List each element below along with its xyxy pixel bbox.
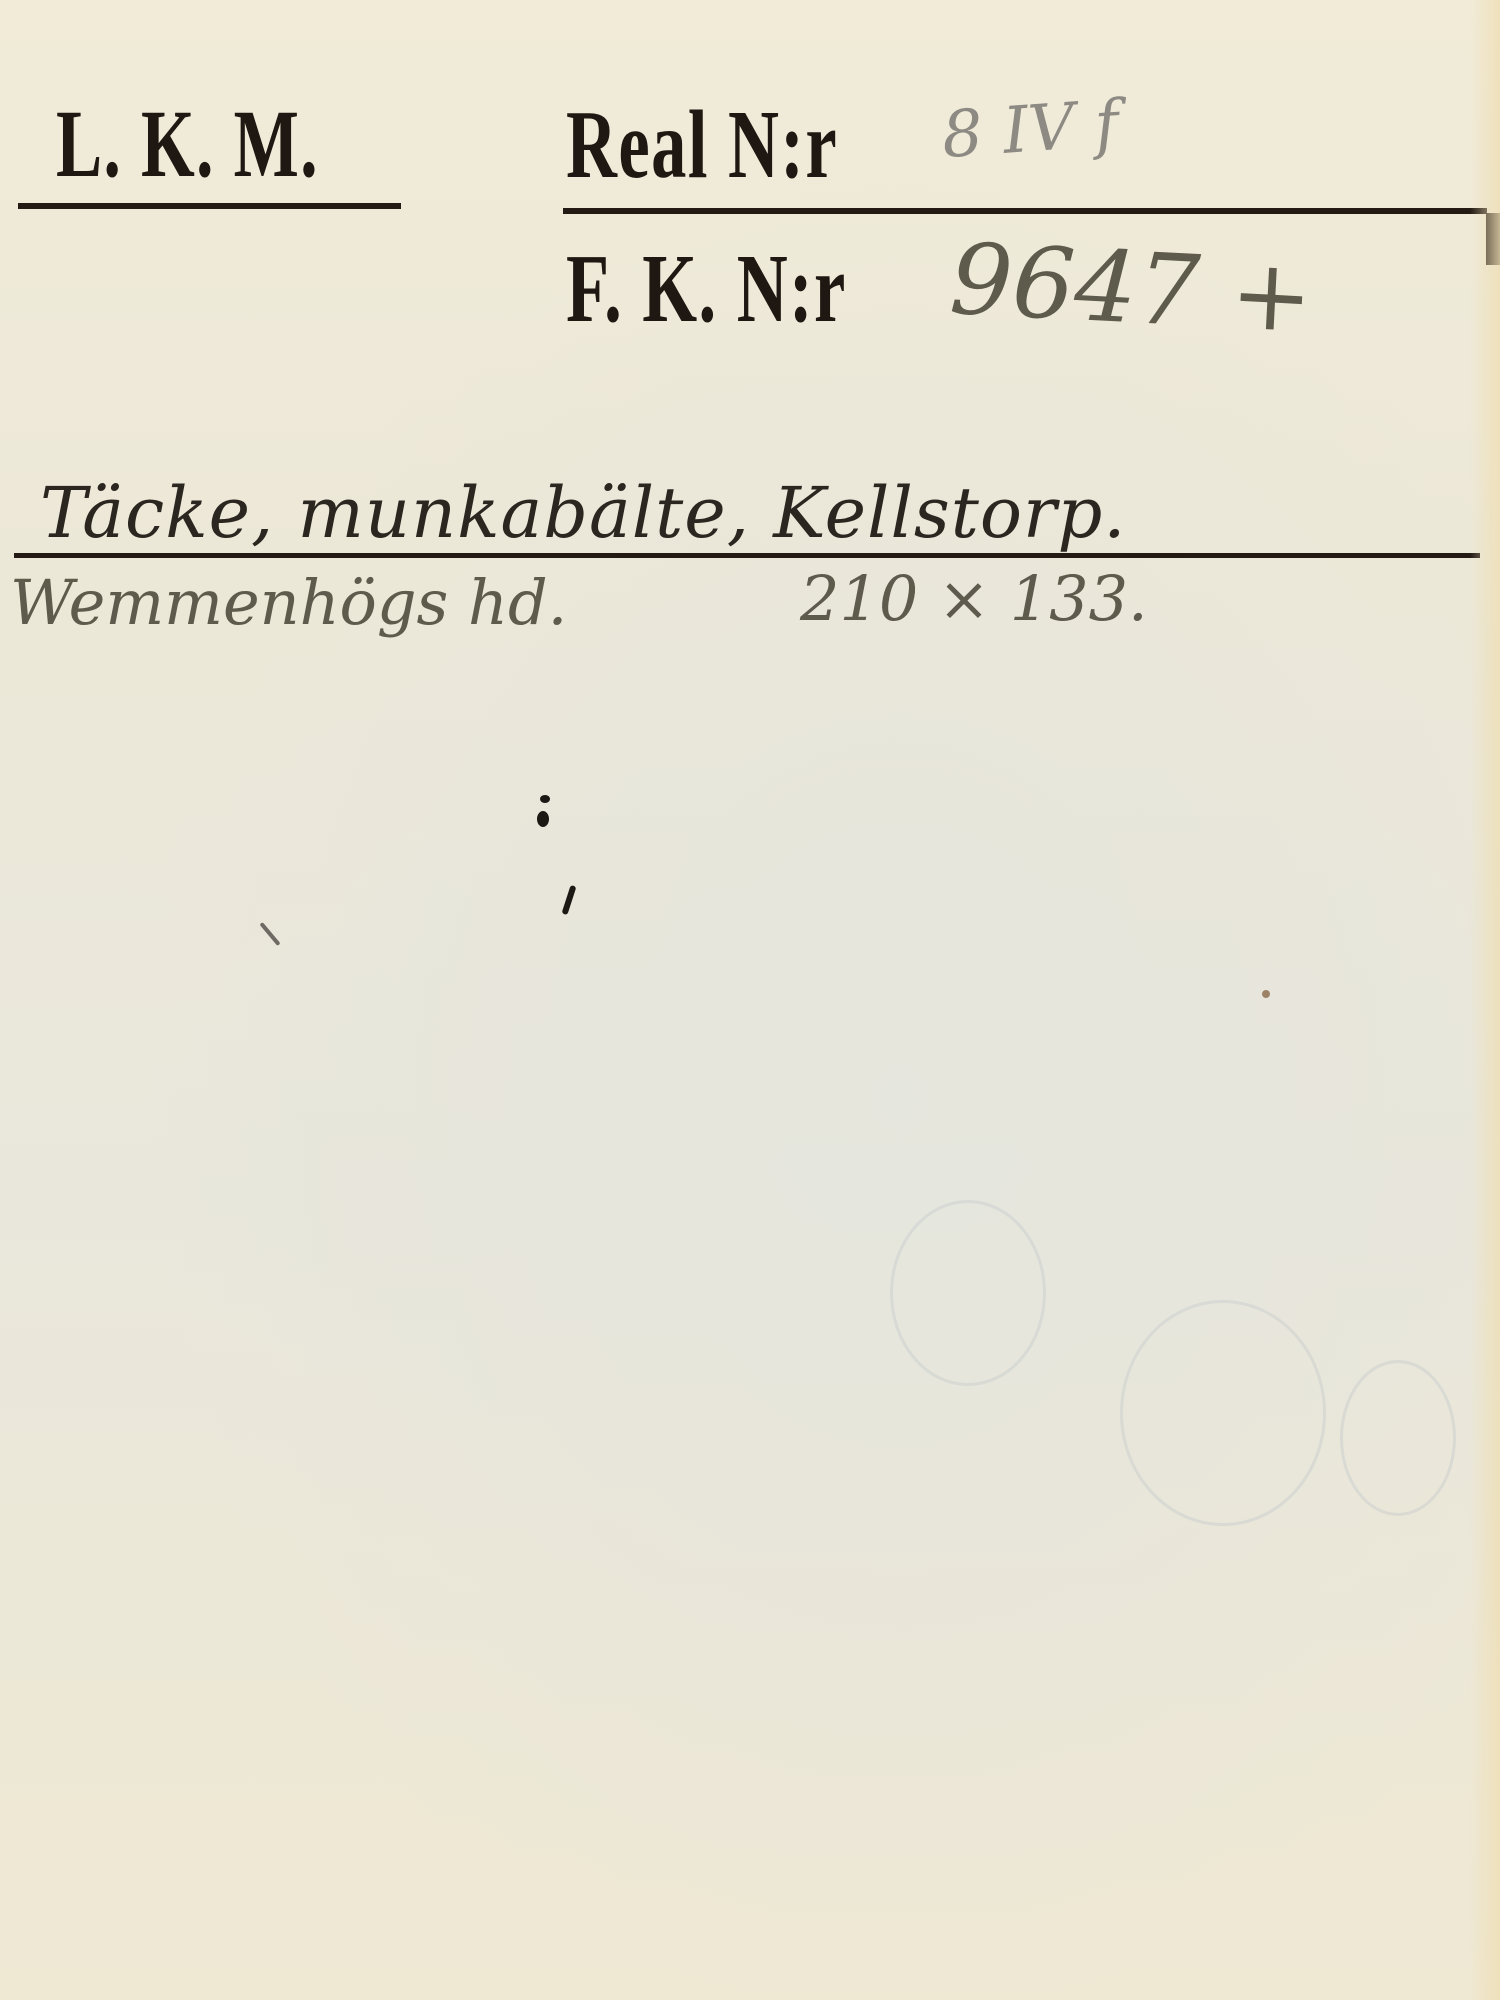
catalog-card: L. K. M. Real N:r 8 IV f F. K. N:r 9647 … [0,0,1500,2000]
real-nr-label: Real N:r [566,96,838,194]
bleedthrough-mark [890,1200,1046,1386]
real-nr-value: 8 IV f [940,92,1121,168]
header-rule-corner [1486,213,1500,265]
fk-nr-value: 9647 + [948,231,1315,348]
institution-underline [18,203,401,209]
description-place: Wemmenhögs hd. [10,572,567,634]
bleedthrough-mark [1340,1360,1456,1516]
ink-speck [259,922,280,946]
ink-speck [562,885,577,915]
header-rule [563,208,1487,214]
ink-speck [537,811,549,827]
description-underline [14,553,1480,558]
ink-speck [540,795,550,803]
fk-nr-label: F. K. N:r [566,240,847,338]
description-title: Täcke, munkabälte, Kellstorp. [40,478,1127,548]
ink-speck [1262,990,1270,998]
institution-label: L. K. M. [56,96,319,192]
description-dimensions: 210 × 133. [800,568,1148,630]
bleedthrough-mark [1120,1300,1326,1526]
